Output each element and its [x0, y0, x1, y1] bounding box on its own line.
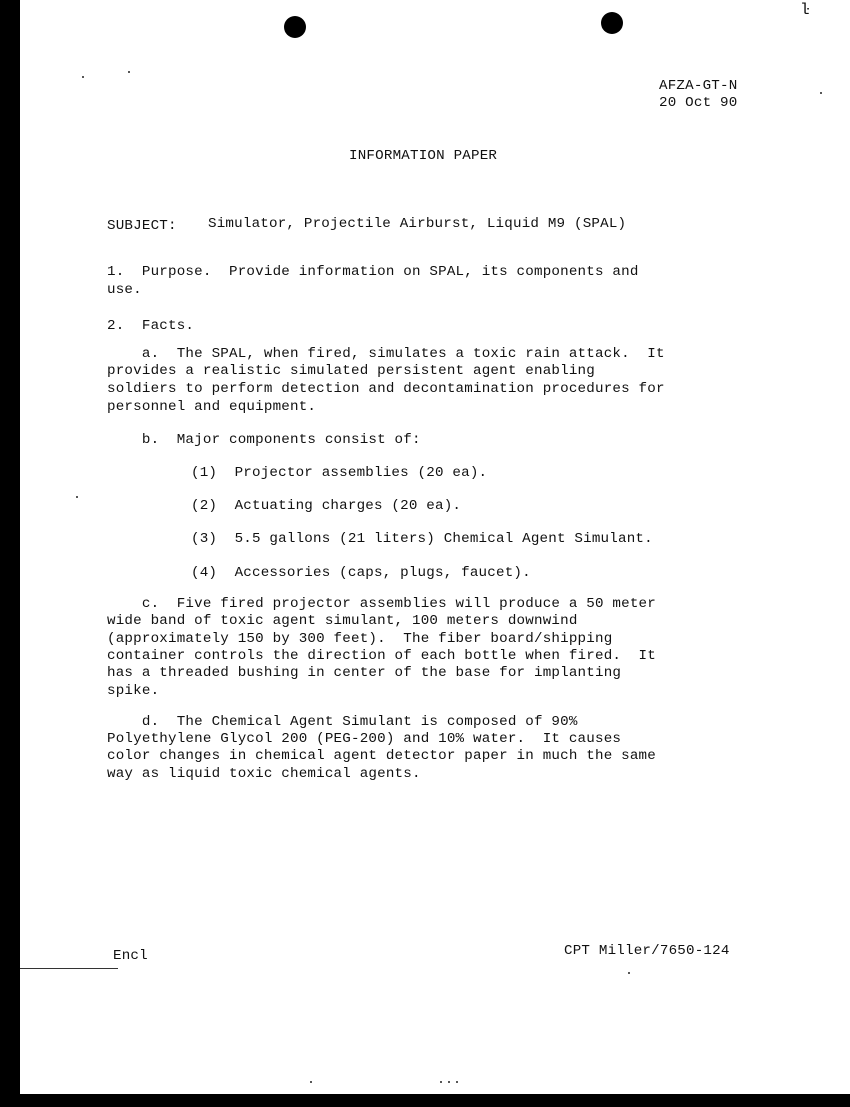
- fact-c-line: container controls the direction of each…: [107, 648, 656, 665]
- speck: [310, 1081, 312, 1083]
- punch-hole-right: [601, 12, 623, 34]
- fact-c-line: (approximately 150 by 300 feet). The fib…: [107, 631, 612, 648]
- contact-line: CPT Miller/7650-124: [564, 943, 730, 960]
- fact-a-line: soldiers to perform detection and decont…: [107, 381, 665, 398]
- facts-heading: 2. Facts.: [107, 318, 194, 335]
- fact-c-line: spike.: [107, 683, 159, 700]
- speck: [820, 92, 822, 94]
- component-item: (1) Projector assemblies (20 ea).: [191, 465, 487, 482]
- document-title: INFORMATION PAPER: [349, 148, 497, 165]
- purpose-line-2: use.: [107, 282, 142, 299]
- fact-b-intro: b. Major components consist of:: [107, 432, 421, 449]
- purpose-line-1: 1. Purpose. Provide information on SPAL,…: [107, 264, 639, 281]
- document-page: ŀ AFZA-GT-N 20 Oct 90 INFORMATION PAPER …: [20, 0, 850, 1094]
- component-item: (4) Accessories (caps, plugs, faucet).: [191, 565, 531, 582]
- margin-mark: ŀ: [800, 2, 810, 19]
- fact-c-line: wide band of toxic agent simulant, 100 m…: [107, 613, 578, 630]
- fact-d-line: d. The Chemical Agent Simulant is compos…: [107, 714, 578, 731]
- document-date: 20 Oct 90: [659, 95, 737, 112]
- subject-label: SUBJECT:: [107, 218, 177, 235]
- speck: [448, 1081, 450, 1083]
- fact-c-line: c. Five fired projector assemblies will …: [107, 596, 656, 613]
- office-symbol: AFZA-GT-N: [659, 78, 737, 95]
- speck: [82, 76, 84, 78]
- fact-c-line: has a threaded bushing in center of the …: [107, 665, 621, 682]
- punch-hole-left: [284, 16, 306, 38]
- enclosure-rule: [20, 968, 118, 969]
- component-item: (3) 5.5 gallons (21 liters) Chemical Age…: [191, 531, 653, 548]
- component-item: (2) Actuating charges (20 ea).: [191, 498, 461, 515]
- speck: [128, 71, 130, 73]
- fact-a-line: personnel and equipment.: [107, 399, 316, 416]
- enclosure-label: Encl: [113, 948, 148, 965]
- speck: [440, 1081, 442, 1083]
- fact-d-line: way as liquid toxic chemical agents.: [107, 766, 421, 783]
- subject-text: Simulator, Projectile Airburst, Liquid M…: [208, 216, 626, 233]
- fact-d-line: color changes in chemical agent detector…: [107, 748, 656, 765]
- speck: [456, 1081, 458, 1083]
- fact-a-line: a. The SPAL, when fired, simulates a tox…: [107, 346, 665, 363]
- speck: [76, 496, 78, 498]
- fact-d-line: Polyethylene Glycol 200 (PEG-200) and 10…: [107, 731, 621, 748]
- fact-a-line: provides a realistic simulated persisten…: [107, 363, 595, 380]
- speck: [628, 972, 630, 974]
